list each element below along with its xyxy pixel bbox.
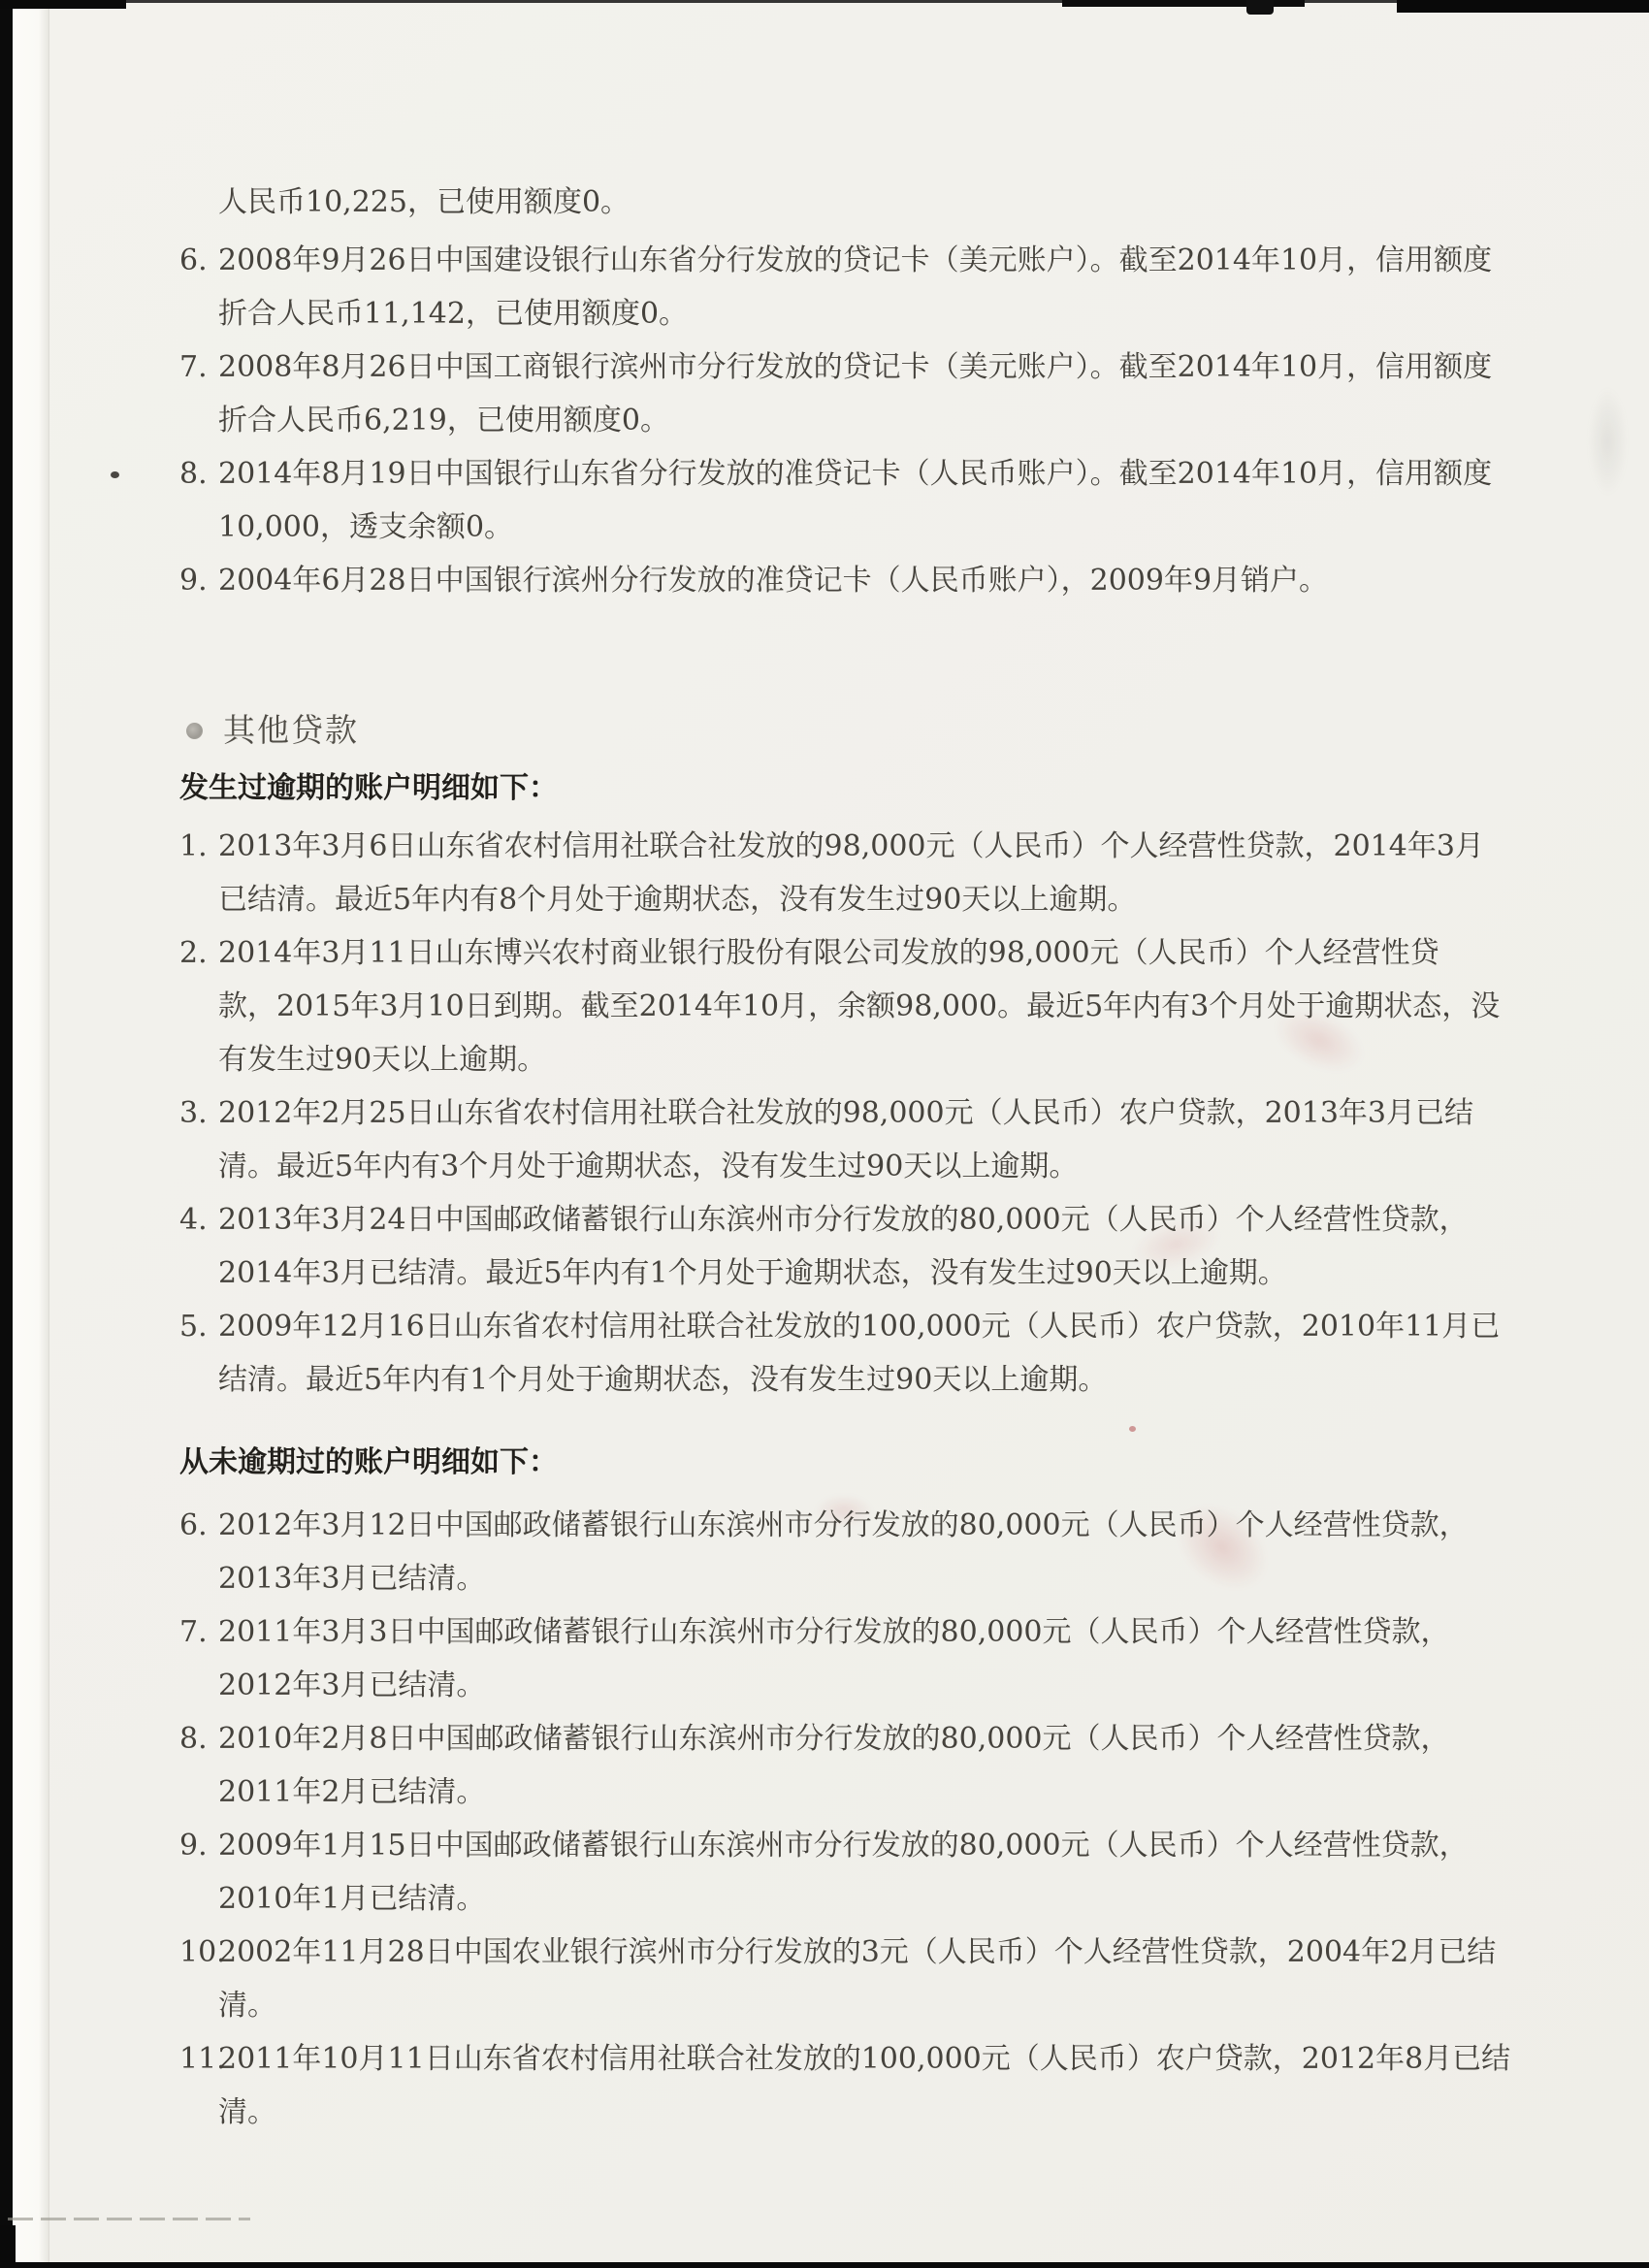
list-item: 8.2010年2月8日中国邮政储蓄银行山东滨州市分行发放的80,000元（人民币… xyxy=(179,1712,1508,1819)
list-item: 6.2008年9月26日中国建设银行山东省分行发放的贷记卡（美元账户）。截至20… xyxy=(179,234,1508,340)
scan-corner-bottom-left xyxy=(0,2225,16,2268)
list-item: 11.2011年10月11日山东省农村信用社联合社发放的100,000元（人民币… xyxy=(179,2032,1508,2139)
document-line: 2010年1月已结清。 xyxy=(218,1872,1508,1926)
list-item: 2.2014年3月11日山东博兴农村商业银行股份有限公司发放的98,000元（人… xyxy=(179,926,1508,1086)
document-body: 人民币10,225，已使用额度0。 6.2008年9月26日中国建设银行山东省分… xyxy=(179,0,1508,2139)
document-line: 2011年2月已结清。 xyxy=(218,1766,1508,1819)
document-line: 2009年12月16日山东省农村信用社联合社发放的100,000元（人民币）农户… xyxy=(218,1300,1508,1353)
document-line: 2010年2月8日中国邮政储蓄银行山东滨州市分行发放的80,000元（人民币）个… xyxy=(218,1712,1508,1766)
list-item: 7.2011年3月3日中国邮政储蓄银行山东滨州市分行发放的80,000元（人民币… xyxy=(179,1605,1508,1712)
section-bullet-icon xyxy=(186,723,203,739)
list-item: 7.2008年8月26日中国工商银行滨州市分行发放的贷记卡（美元账户）。截至20… xyxy=(179,340,1508,447)
credit-card-carryover-line: 人民币10,225，已使用额度0。 xyxy=(179,176,1508,229)
document-line: 2008年9月26日中国建设银行山东省分行发放的贷记卡（美元账户）。截至2014… xyxy=(218,234,1508,287)
overdue-accounts-subheading: 发生过逾期的账户明细如下： xyxy=(179,761,1508,815)
list-item: 5.2009年12月16日山东省农村信用社联合社发放的100,000元（人民币）… xyxy=(179,1300,1508,1407)
document-line: 清。最近5年内有3个月处于逾期状态，没有发生过90天以上逾期。 xyxy=(218,1140,1508,1193)
list-item: 3.2012年2月25日山东省农村信用社联合社发放的98,000元（人民币）农户… xyxy=(179,1086,1508,1193)
document-line: 2014年3月11日山东博兴农村商业银行股份有限公司发放的98,000元（人民币… xyxy=(218,926,1508,980)
item-number: 2. xyxy=(179,926,208,980)
list-item: 1.2013年3月6日山东省农村信用社联合社发放的98,000元（人民币）个人经… xyxy=(179,820,1508,926)
document-line: 2013年3月6日山东省农村信用社联合社发放的98,000元（人民币）个人经营性… xyxy=(218,820,1508,873)
item-number: 6. xyxy=(179,1499,208,1552)
item-number: 7. xyxy=(179,340,208,394)
document-line: 清。 xyxy=(218,2086,1508,2139)
overdue-loan-list: 1.2013年3月6日山东省农村信用社联合社发放的98,000元（人民币）个人经… xyxy=(179,820,1508,1407)
item-number: 3. xyxy=(179,1086,208,1140)
document-line: 有发生过90天以上逾期。 xyxy=(218,1033,1508,1086)
list-item: 4.2013年3月24日中国邮政储蓄银行山东滨州市分行发放的80,000元（人民… xyxy=(179,1193,1508,1300)
list-item: 10.2002年11月28日中国农业银行滨州市分行发放的3元（人民币）个人经营性… xyxy=(179,1926,1508,2032)
never-overdue-loan-list: 6.2012年3月12日中国邮政储蓄银行山东滨州市分行发放的80,000元（人民… xyxy=(179,1499,1508,2139)
document-line: 2013年3月24日中国邮政储蓄银行山东滨州市分行发放的80,000元（人民币）… xyxy=(218,1193,1508,1247)
document-line: 2011年3月3日中国邮政储蓄银行山东滨州市分行发放的80,000元（人民币）个… xyxy=(218,1605,1508,1659)
document-line: 2014年3月已结清。最近5年内有1个月处于逾期状态，没有发生过90天以上逾期。 xyxy=(218,1247,1508,1300)
item-number: 8. xyxy=(179,447,208,501)
list-item: 9.2009年1月15日中国邮政储蓄银行山东滨州市分行发放的80,000元（人民… xyxy=(179,1819,1508,1926)
document-line: 2012年3月已结清。 xyxy=(218,1659,1508,1712)
list-item: 6.2012年3月12日中国邮政储蓄银行山东滨州市分行发放的80,000元（人民… xyxy=(179,1499,1508,1605)
item-number: 6. xyxy=(179,234,208,287)
scanned-credit-report-page: 人民币10,225，已使用额度0。 6.2008年9月26日中国建设银行山东省分… xyxy=(0,0,1649,2268)
item-number: 1. xyxy=(179,820,208,873)
document-line: 2004年6月28日中国银行滨州分行发放的准贷记卡（人民币账户），2009年9月… xyxy=(218,554,1508,607)
document-line: 已结清。最近5年内有8个月处于逾期状态，没有发生过90天以上逾期。 xyxy=(218,873,1508,926)
document-line: 2008年8月26日中国工商银行滨州市分行发放的贷记卡（美元账户）。截至2014… xyxy=(218,340,1508,394)
document-line: 结清。最近5年内有1个月处于逾期状态，没有发生过90天以上逾期。 xyxy=(218,1353,1508,1407)
document-line: 2012年2月25日山东省农村信用社联合社发放的98,000元（人民币）农户贷款… xyxy=(218,1086,1508,1140)
document-line: 2012年3月12日中国邮政储蓄银行山东滨州市分行发放的80,000元（人民币）… xyxy=(218,1499,1508,1552)
item-number: 4. xyxy=(179,1193,208,1247)
document-line: 款，2015年3月10日到期。截至2014年10月，余额98,000。最近5年内… xyxy=(218,980,1508,1033)
item-number: 7. xyxy=(179,1605,208,1659)
document-line: 10,000，透支余额0。 xyxy=(218,501,1508,554)
never-overdue-accounts-subheading: 从未逾期过的账户明细如下： xyxy=(179,1436,1508,1489)
scan-edge-left xyxy=(0,0,13,2268)
paper-fold-line xyxy=(8,2218,250,2220)
item-number: 9. xyxy=(179,554,208,607)
item-number: 9. xyxy=(179,1819,208,1872)
item-number: 5. xyxy=(179,1300,208,1353)
list-item: 8.2014年8月19日中国银行山东省分行发放的准贷记卡（人民币账户）。截至20… xyxy=(179,447,1508,554)
scan-edge-bottom xyxy=(0,2262,1649,2268)
document-line: 2014年8月19日中国银行山东省分行发放的准贷记卡（人民币账户）。截至2014… xyxy=(218,447,1508,501)
paper-edge-left xyxy=(13,0,49,2268)
document-line: 折合人民币11,142，已使用额度0。 xyxy=(218,287,1508,340)
list-item: 9.2004年6月28日中国银行滨州分行发放的准贷记卡（人民币账户），2009年… xyxy=(179,554,1508,607)
section-heading-label: 其他贷款 xyxy=(223,711,359,749)
item-number: 8. xyxy=(179,1712,208,1766)
document-line: 折合人民币6,219，已使用额度0。 xyxy=(218,394,1508,447)
document-line: 2013年3月已结清。 xyxy=(218,1552,1508,1605)
item-number: 10. xyxy=(179,1926,226,1979)
gray-smudge xyxy=(1581,369,1634,514)
scan-corner-top-left xyxy=(0,0,126,9)
document-line: 2011年10月11日山东省农村信用社联合社发放的100,000元（人民币）农户… xyxy=(218,2032,1508,2086)
document-line: 2002年11月28日中国农业银行滨州市分行发放的3元（人民币）个人经营性贷款，… xyxy=(218,1926,1508,1979)
credit-card-list: 6.2008年9月26日中国建设银行山东省分行发放的贷记卡（美元账户）。截至20… xyxy=(179,234,1508,607)
document-line: 清。 xyxy=(218,1979,1508,2032)
section-heading-other-loans: 其他贷款 xyxy=(186,708,1508,753)
document-line: 2009年1月15日中国邮政储蓄银行山东滨州市分行发放的80,000元（人民币）… xyxy=(218,1819,1508,1872)
item-number: 11. xyxy=(179,2032,226,2086)
ink-speck xyxy=(111,471,119,478)
